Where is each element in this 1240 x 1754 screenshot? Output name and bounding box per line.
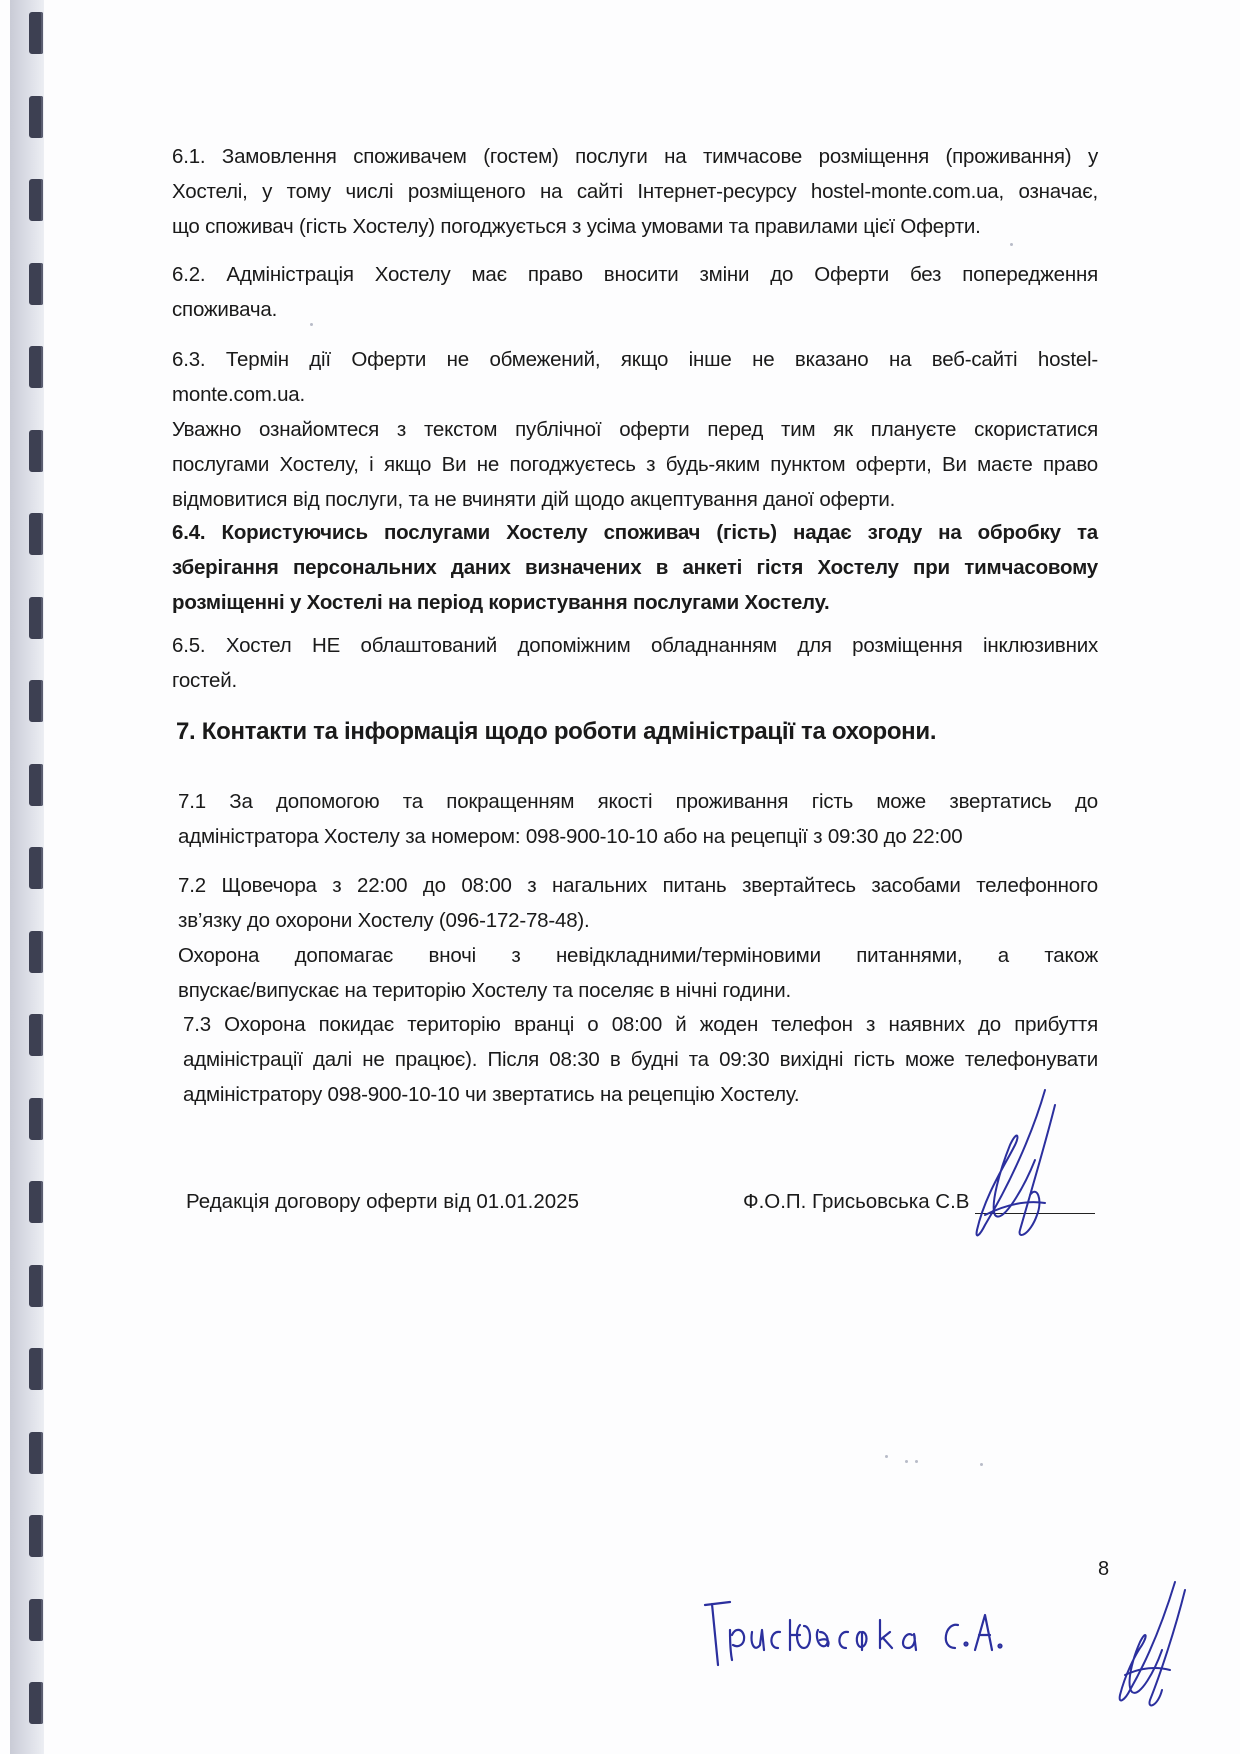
text-line: 6.1. Замовлення споживачем (гостем) посл…	[172, 139, 1098, 174]
text-line: 6.5. Хостел НЕ облаштований допоміжним о…	[172, 628, 1098, 663]
page-number: 8	[1098, 1558, 1109, 1581]
text-line: Хостелі, у тому числі розміщеного на сай…	[172, 174, 1098, 209]
handwritten-name-icon	[700, 1590, 1060, 1700]
scan-speck	[905, 1460, 908, 1463]
scan-speck	[310, 323, 313, 326]
text-line: monte.com.ua.	[172, 377, 1098, 412]
text-line: що споживач (гість Хостелу) погоджується…	[172, 209, 1098, 244]
text-line: 7.2 Щовечора з 22:00 до 08:00 з нагальни…	[178, 868, 1098, 903]
clause-6-5: 6.5. Хостел НЕ облаштований допоміжним о…	[172, 628, 1098, 698]
clause-6-4: 6.4. Користуючись послугами Хостелу спож…	[172, 515, 1098, 620]
text-line: гостей.	[172, 663, 1098, 698]
text-line: 6.4. Користуючись послугами Хостелу спож…	[172, 515, 1098, 550]
text-line: адміністратору 098-900-10-10 чи звертати…	[183, 1077, 1098, 1112]
scan-speck	[885, 1455, 888, 1458]
text-line: Охорона допомагає вночі з невідкладними/…	[178, 938, 1098, 973]
text-line: адміністратора Хостелу за номером: 098-9…	[178, 819, 1098, 854]
scan-speck	[980, 1463, 983, 1466]
clause-6-2: 6.2. Адміністрація Хостелу має право вно…	[172, 257, 1098, 327]
text-line: Уважно ознайомтеся з текстом публічної о…	[172, 412, 1098, 447]
clause-7-1: 7.1 За допомогою та покращенням якості п…	[178, 784, 1098, 854]
scan-speck	[915, 1460, 918, 1463]
text-line: 7.1 За допомогою та покращенням якості п…	[178, 784, 1098, 819]
section-7-heading: 7. Контакти та інформація щодо роботи ад…	[176, 718, 936, 746]
text-line: розміщенні у Хостелі на період користува…	[172, 585, 1098, 620]
clause-6-3: 6.3. Термін дії Оферти не обмежений, якщ…	[172, 342, 1098, 517]
text-line: зберігання персональних даних визначених…	[172, 550, 1098, 585]
text-line: адміністрації далі не працює). Після 08:…	[183, 1042, 1098, 1077]
text-line: 7.3 Охорона покидає територію вранці о 0…	[183, 1007, 1098, 1042]
signature-line	[975, 1213, 1095, 1214]
clause-7-3: 7.3 Охорона покидає територію вранці о 0…	[183, 1007, 1098, 1112]
clause-6-1: 6.1. Замовлення споживачем (гостем) посл…	[172, 139, 1098, 244]
text-line: споживача.	[172, 292, 1098, 327]
text-line: впускає/випускає на територію Хостелу та…	[178, 973, 1098, 1008]
scan-speck	[1010, 243, 1013, 246]
text-line: 6.2. Адміністрація Хостелу має право вно…	[172, 257, 1098, 292]
clause-7-2: 7.2 Щовечора з 22:00 до 08:00 з нагальни…	[178, 868, 1098, 1008]
text-line: 6.3. Термін дії Оферти не обмежений, якщ…	[172, 342, 1098, 377]
document-page: 6.1. Замовлення споживачем (гостем) посл…	[0, 0, 1240, 1754]
initials-signature-icon	[1100, 1580, 1190, 1720]
text-line: відмовитися від послуги, та не вчиняти д…	[172, 482, 1098, 517]
text-line: зв’язку до охорони Хостелу (096-172-78-4…	[178, 903, 1098, 938]
signatory-name: Ф.О.П. Грисьовська С.В	[743, 1190, 969, 1214]
text-line: послугами Хостелу, і якщо Ви не погоджує…	[172, 447, 1098, 482]
edition-date: Редакція договору оферти від 01.01.2025	[186, 1190, 579, 1214]
